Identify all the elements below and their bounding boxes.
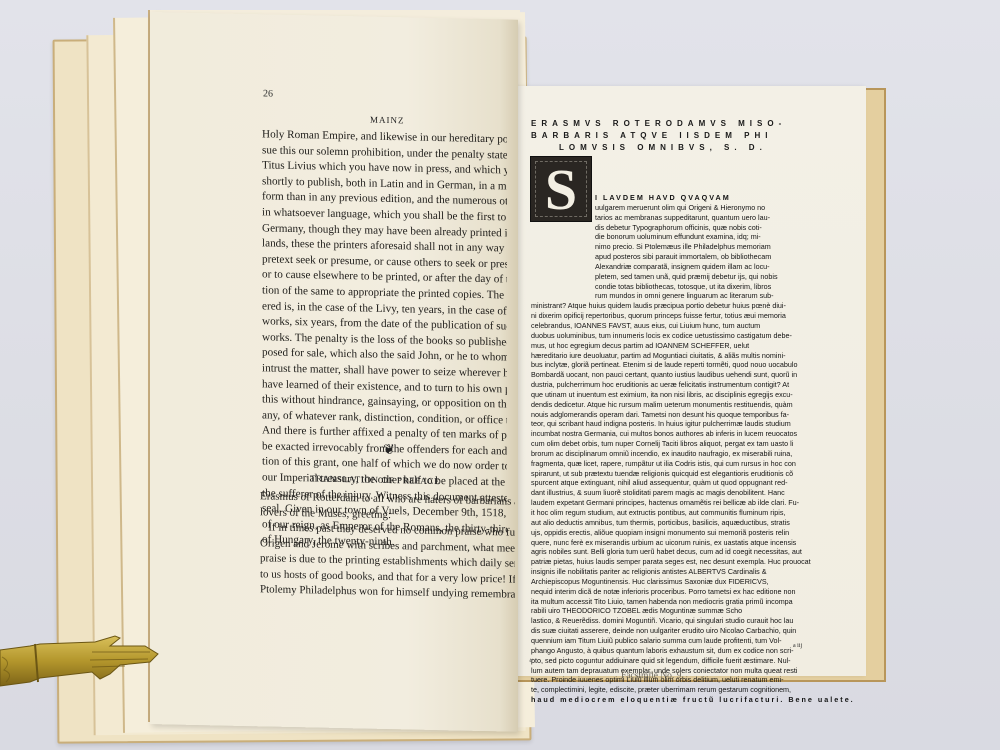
- latin-line: brorum ac disciplinarum omniũ incendio, …: [531, 449, 853, 459]
- latin-line: agris nobiles sunt. Belli gloria tum uer…: [531, 547, 853, 557]
- footer-mark: 4*: [529, 659, 534, 664]
- brass-hand-bookmark-icon: [0, 632, 160, 692]
- latin-line: Alexandriæ comparatã, insignem quidem il…: [531, 262, 853, 272]
- signature-mark: a iij: [793, 643, 802, 649]
- latin-line: patriæ pietas, huius laudis semper parat…: [531, 557, 853, 567]
- latin-line: pto, sed picto coguntur addiuinare quid …: [531, 656, 853, 666]
- fleuron-ornament-icon: ❦: [383, 442, 395, 459]
- latin-line: teor, qui scribant haud indigna posteris…: [531, 419, 853, 429]
- page-number: 26: [263, 88, 273, 99]
- latin-line: nouis adglomerandis operam dari. Tametsi…: [531, 410, 853, 420]
- latin-line: uulgarem meruerunt olim qui Origeni & Hi…: [531, 203, 853, 213]
- heading-line: LOMVSIS OMNIBVS, S. D.: [531, 142, 841, 154]
- latin-line: tuere. Proinde iuuenes optimi Liuiũ illu…: [531, 675, 853, 685]
- latin-line: laudem expetant Germani principes, hacte…: [531, 498, 853, 508]
- latin-line: phango Angusto, à quibus quantum laboris…: [531, 646, 853, 656]
- latin-line: pletem, sed tamen unã, quid præmij debet…: [531, 272, 853, 282]
- latin-line: incumbat nostra Germania, cui multos bon…: [531, 429, 853, 439]
- latin-heading: ERASMVS ROTERODAMVS MISO- BARBARIS ATQVE…: [531, 118, 841, 154]
- latin-line: dis suæ ciuitati asserere, deinde non uu…: [531, 626, 853, 636]
- latin-line: Bombardã uocant, non pauci certant, quan…: [531, 370, 853, 380]
- latin-line: spurcent atque extinguant, nihil aliud a…: [531, 478, 853, 488]
- latin-line: condie totas bibliothecas, totosque, ut …: [531, 282, 853, 292]
- latin-line: celebrandus, IOANNES FAVST, auus eius, c…: [531, 321, 853, 331]
- latin-line: die bonorum uoluminum effundunt examina,…: [531, 232, 853, 242]
- latin-line: fragmenta, quæ licet, rapere, rumpãtur u…: [531, 459, 853, 469]
- latin-line: cum olim debet orbis, tum nuper Cornelij…: [531, 439, 853, 449]
- latin-line: que utinam ut inuentum est eximium, ita …: [531, 390, 853, 400]
- latin-line: insignis ille nobilitatis pariter ac rel…: [531, 567, 853, 577]
- facsimile-caption: Facsimile No. 9: [621, 671, 681, 681]
- right-page: ERASMVS ROTERODAMVS MISO- BARBARIS ATQVE…: [503, 86, 866, 676]
- latin-line: Archiepiscopus Moguntinensis. Huc claris…: [531, 577, 853, 587]
- latin-line: I LAVDEM HAVD QVAQVAM: [531, 193, 853, 203]
- latin-line: mus, ut hoc egregium decus partim ad IOA…: [531, 341, 853, 351]
- latin-line: aut alio deductis amnibus, tum thermis, …: [531, 518, 853, 528]
- running-head: MAINZ: [370, 115, 405, 126]
- latin-line: ministrant? Atque huius quidem laudis pr…: [531, 301, 853, 311]
- latin-line: rum mundos in omni genere linguarum ac l…: [531, 291, 853, 301]
- latin-line: dis debetur Typographorum officinis, quæ…: [531, 223, 853, 233]
- latin-line: bus inclytæ, gloriã pertineat. Etenim si…: [531, 360, 853, 370]
- latin-line: apud posteros sibi parauit immortalem, o…: [531, 252, 853, 262]
- latin-line: ujs, oppidis erectis, aliõue quopiam ins…: [531, 528, 853, 538]
- heading-line: ERASMVS ROTERODAMVS MISO-: [531, 118, 841, 130]
- latin-line: nequid interim dicã de notæ inferioris p…: [531, 587, 853, 597]
- latin-line: duobus uoluminibus, tum innumeris locis …: [531, 331, 853, 341]
- latin-line: it hoc olim regum studium, aut extructis…: [531, 508, 853, 518]
- latin-line: tarios ac membranas suppeditarunt, quant…: [531, 213, 853, 223]
- latin-line: haud mediocrem eloquentiæ fructũ lucrifa…: [531, 695, 853, 705]
- latin-line: te, complectimini, legite, ediscite, præ…: [531, 685, 853, 695]
- latin-line: dendis dedicetur. Atque hic rursum malim…: [531, 400, 853, 410]
- latin-line: hæreditario iure deuoluatur, partim ad M…: [531, 351, 853, 361]
- latin-line: dant illustrius, & suum liuorẽ stolidita…: [531, 488, 853, 498]
- latin-line: nimo precio. Si Ptolemæus ille Philadelp…: [531, 242, 853, 252]
- translation-text: Erasmus of Rotterdam to all who are hate…: [260, 489, 515, 603]
- latin-preface-text: I LAVDEM HAVD QVAQVAM uulgarem meruerunt…: [531, 193, 853, 705]
- latin-line: quere, nunc ferè ex miserandis urbium ac…: [531, 538, 853, 548]
- latin-line: spirarunt, ut sub prætextu tuendæ religi…: [531, 469, 853, 479]
- latin-line: lastico, & Reuerẽdiss. domini Moguntiñ. …: [531, 616, 853, 626]
- latin-line: quennium iam Titum Liuiũ publico salario…: [531, 636, 853, 646]
- latin-line: ita multum accessit Tito Liuio, tamen ha…: [531, 597, 853, 607]
- left-page: 26 MAINZ Holy Roman Empire, and likewise…: [150, 12, 518, 732]
- latin-line: dustria, pulcherrimum hoc eruditionis ac…: [531, 380, 853, 390]
- latin-line: ni dixerim opificij repertoribus, quorum…: [531, 311, 853, 321]
- heading-line: BARBARIS ATQVE IISDEM PHI: [531, 130, 841, 142]
- latin-line: rabili uiro THEODORICO TZOBEL ædis Mogun…: [531, 606, 853, 616]
- latin-line: lum autem tam deprauatum exemplar, unde …: [531, 666, 853, 676]
- book-photo-scene: ERASMVS ROTERODAMVS MISO- BARBARIS ATQVE…: [0, 0, 1000, 750]
